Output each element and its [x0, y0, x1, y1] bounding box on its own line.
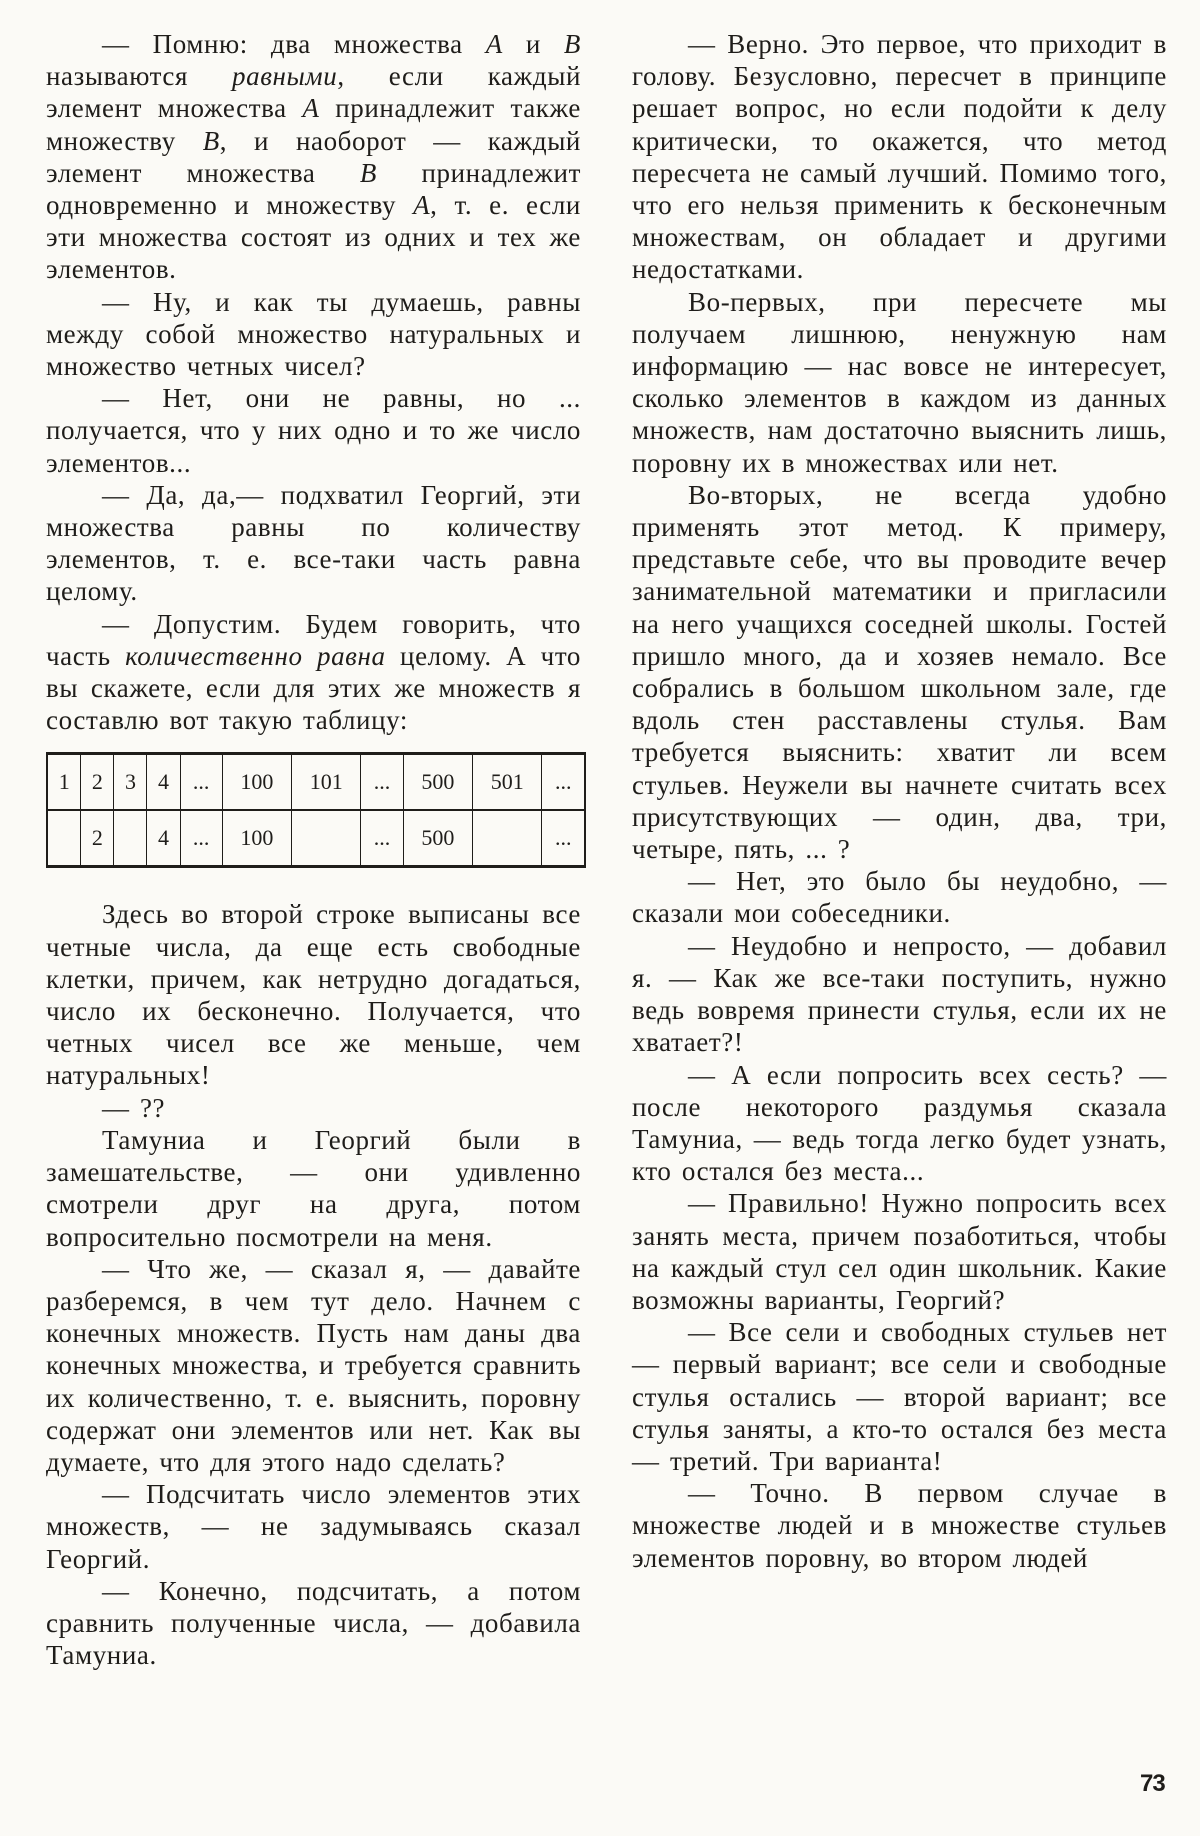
table-cell: 4 — [147, 810, 180, 867]
right-column: — Верно. Это первое, что приходит в голо… — [632, 28, 1167, 1574]
table-cell — [47, 810, 81, 867]
table-cell: ... — [180, 810, 222, 867]
table-cell — [473, 810, 542, 867]
table-cell: 3 — [114, 754, 147, 811]
table-cell: 100 — [222, 754, 291, 811]
left-column: — Помню: два множества A и B называются … — [46, 28, 581, 1671]
paragraph-confusion: Тамуниа и Георгий были в замешательстве,… — [46, 1124, 581, 1253]
paragraph-ask-sit: — А если попросить всех сесть? — после н… — [632, 1059, 1167, 1188]
table-cell: ... — [542, 754, 585, 811]
table-cell: ... — [361, 754, 403, 811]
table-cell: 4 — [147, 754, 180, 811]
paragraph-not-simple: — Неудобно и непросто, — добавил я. — Ка… — [632, 930, 1167, 1059]
table-cell: 501 — [473, 754, 542, 811]
table-cell: 2 — [81, 810, 114, 867]
paragraph-firstly: Во-первых, при пересчете мы получаем лиш… — [632, 286, 1167, 479]
paragraph-not-equal: — Нет, они не равны, но ... получается, … — [46, 382, 581, 479]
paragraph-puzzled: — ?? — [46, 1092, 581, 1124]
table-cell: ... — [542, 810, 585, 867]
italic-term: B — [564, 29, 581, 59]
table-cell: 1 — [47, 754, 81, 811]
page-number: 73 — [1140, 1770, 1165, 1798]
number-table: 1 2 3 4 ... 100 101 ... 500 501 ... 2 4 … — [46, 752, 586, 868]
table-row-naturals: 1 2 3 4 ... 100 101 ... 500 501 ... — [47, 754, 585, 811]
table-cell: 100 — [222, 810, 291, 867]
paragraph-count-elements: — Подсчитать число элементов этих множес… — [46, 1478, 581, 1575]
table-cell — [292, 810, 361, 867]
text-run: и — [503, 29, 564, 59]
table-cell: 2 — [81, 754, 114, 811]
paragraph-exactly: — Точно. В первом случае в множестве люд… — [632, 1477, 1167, 1574]
table-cell: ... — [180, 754, 222, 811]
text-run: — Помню: два множества — [102, 29, 486, 59]
table-cell: ... — [361, 810, 403, 867]
paragraph-lets-figure: — Что же, — сказал я, — давайте разберем… — [46, 1253, 581, 1478]
paragraph-right: — Правильно! Нужно попросить всех занять… — [632, 1187, 1167, 1316]
table-cell — [114, 810, 147, 867]
italic-term: равными — [232, 61, 337, 91]
table-cell: 500 — [403, 810, 472, 867]
paragraph-second-row: Здесь во второй строке выписаны все четн… — [46, 898, 581, 1091]
paragraph-question-equal: — Ну, и как ты думаешь, равны между собо… — [46, 286, 581, 383]
paragraph-compare-numbers: — Конечно, подсчитать, а потом сравнить … — [46, 1575, 581, 1672]
italic-term: A — [486, 29, 503, 59]
table-cell: 500 — [403, 754, 472, 811]
paragraph-secondly: Во-вторых, не всегда удобно применять эт… — [632, 479, 1167, 865]
italic-term: A — [413, 190, 430, 220]
text-run: называются — [46, 61, 232, 91]
paragraph-sets-definition: — Помню: два множества A и B называются … — [46, 28, 581, 286]
table-row-evens: 2 4 ... 100 ... 500 ... — [47, 810, 585, 867]
paragraph-suppose: — Допустим. Будем говорить, что часть ко… — [46, 608, 581, 737]
number-table-wrapper: 1 2 3 4 ... 100 101 ... 500 501 ... 2 4 … — [46, 752, 581, 868]
italic-term: B — [360, 158, 377, 188]
paragraph-correct: — Верно. Это первое, что приходит в голо… — [632, 28, 1167, 286]
paragraph-variants: — Все сели и свободных стульев нет — пер… — [632, 1316, 1167, 1477]
italic-term: B — [203, 126, 220, 156]
italic-term: A — [302, 93, 319, 123]
paragraph-inconvenient: — Нет, это было бы неудобно, — сказали м… — [632, 865, 1167, 929]
italic-term: количественно равна — [125, 641, 386, 671]
table-cell: 101 — [292, 754, 361, 811]
paragraph-georgy-reply: — Да, да,— подхватил Георгий, эти множес… — [46, 479, 581, 608]
